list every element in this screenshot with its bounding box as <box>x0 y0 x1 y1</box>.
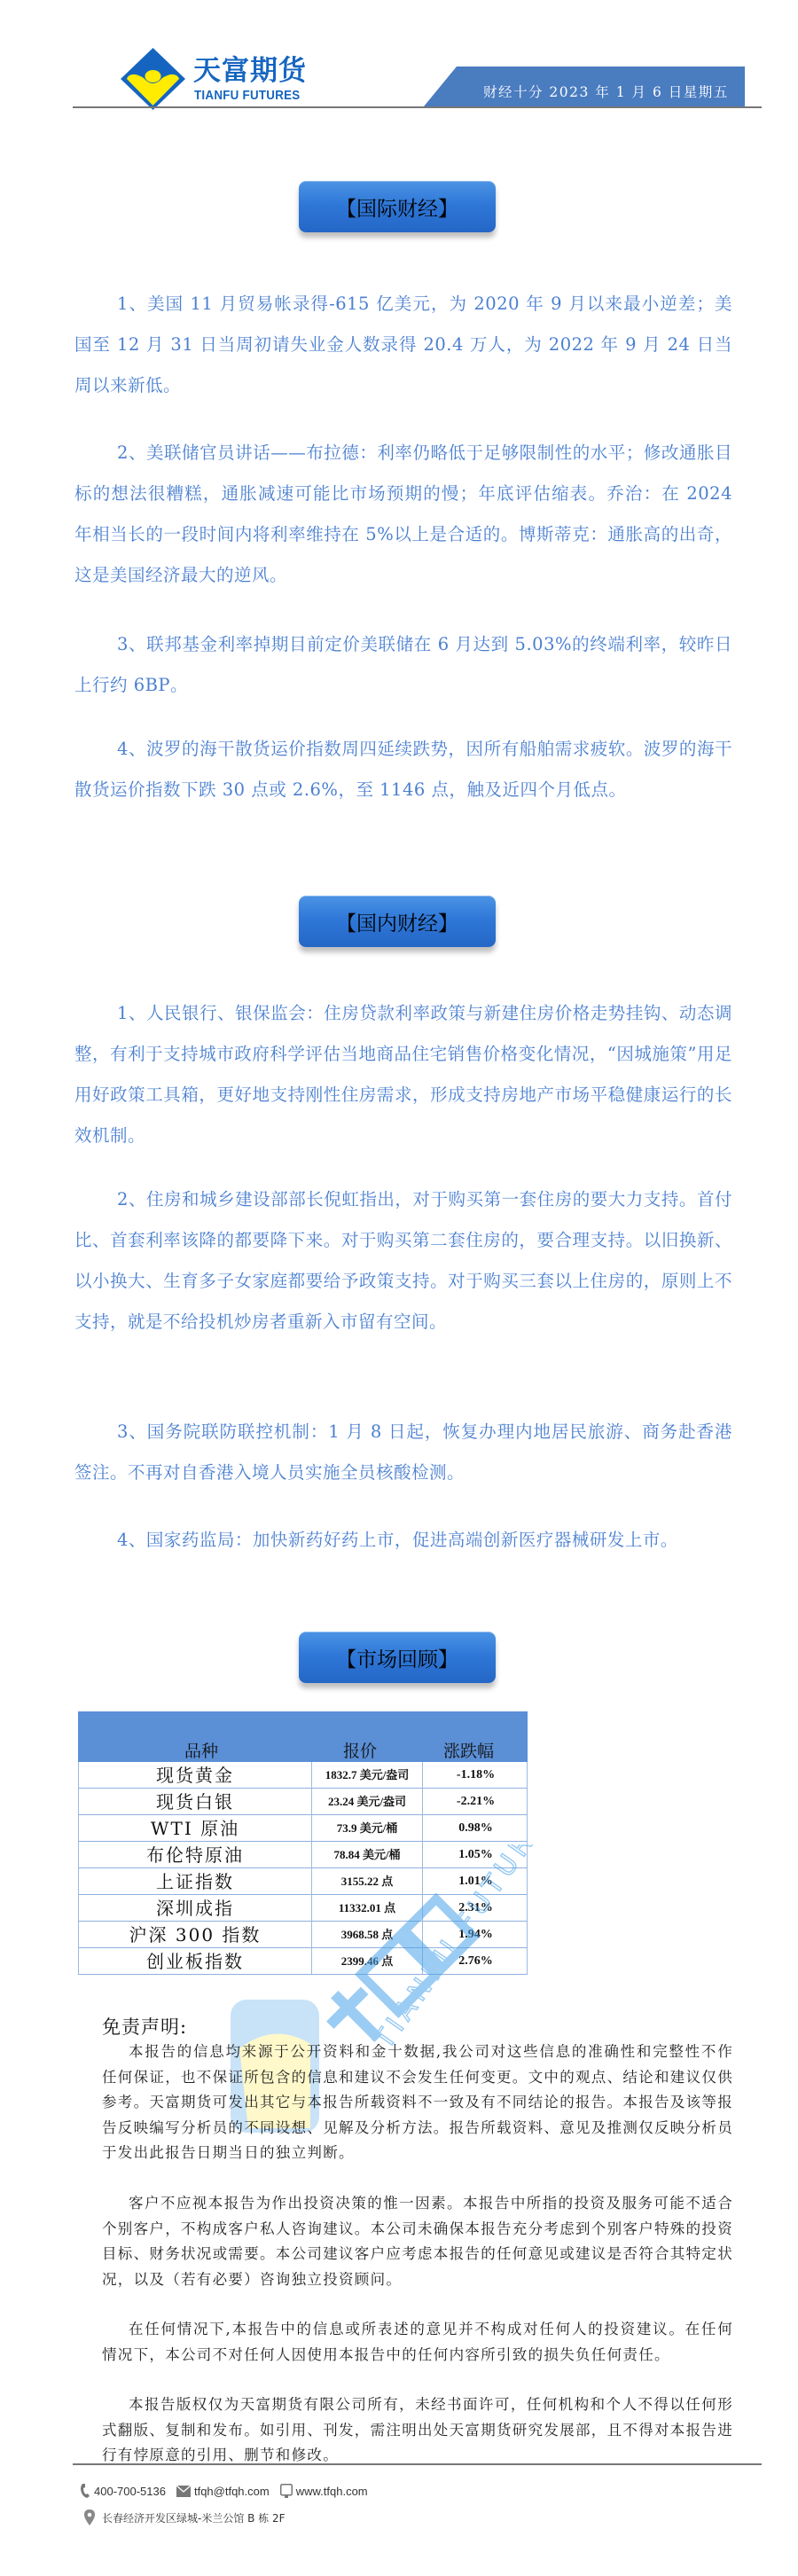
column-header-variety: 品种 <box>184 1738 218 1762</box>
change-cell: 0.98% <box>423 1815 528 1842</box>
disclaimer-title: 免责声明: <box>102 2013 187 2040</box>
price-cell: 1832.7 美元/盎司 <box>312 1762 423 1789</box>
section-title-international: 【国际财经】 <box>299 181 496 232</box>
change-cell: 2.31% <box>423 1895 528 1922</box>
table-row: 沪深 300 指数 3968.58 点 1.94% <box>78 1922 528 1948</box>
price-cell: 3968.58 点 <box>312 1922 423 1948</box>
phone-icon <box>80 2483 90 2499</box>
section-title-domestic: 【国内财经】 <box>299 896 496 947</box>
table-row: 创业板指数 2399.46 点 2.76% <box>78 1948 528 1975</box>
address-text: 长春经济开发区绿城-米兰公馆 B 栋 2F <box>102 2510 286 2525</box>
email-contact[interactable]: tfqh@tfqh.com <box>176 2485 270 2498</box>
change-cell: 1.05% <box>423 1842 528 1868</box>
email-link[interactable]: tfqh@tfqh.com <box>194 2485 270 2498</box>
address-info: 长春经济开发区绿城-米兰公馆 B 栋 2F <box>84 2509 286 2525</box>
brand-name-en: TIANFU FUTURES <box>194 89 300 103</box>
variety-cell: 上证指数 <box>79 1868 312 1895</box>
disclaimer-paragraph: 本报告的信息均来源于公开资料和金十数据,我公司对这些信息的准确性和完整性不作任何… <box>102 2040 733 2166</box>
section-title-market: 【市场回顾】 <box>299 1632 496 1683</box>
tianfu-logo-icon <box>120 47 186 111</box>
report-date: 财经十分 2023 年 1 月 6 日星期五 <box>483 82 729 101</box>
variety-cell: 现货黄金 <box>79 1762 312 1789</box>
contact-info: 400-700-5136 tfqh@tfqh.com www.tfqh.com <box>80 2483 379 2499</box>
disclaimer-paragraph: 本报告版权仅为天富期货有限公司所有，未经书面许可，任何机构和个人不得以任何形式翻… <box>102 2392 733 2469</box>
report-header: 天富期货 TIANFU FUTURES 财经十分 2023 年 1 月 6 日星… <box>0 0 798 111</box>
phone-number: 400-700-5136 <box>94 2485 166 2498</box>
table-header: 品种 报价 涨跌幅 <box>78 1711 528 1762</box>
brand-name-cn: 天富期货 <box>193 56 307 86</box>
intl-news-item: 2、美联储官员讲话——布拉德：利率仍略低于足够限制性的水平；修改通胀目标的想法很… <box>74 433 732 596</box>
domestic-news-item: 3、国务院联防联控机制：1 月 8 日起，恢复办理内地居民旅游、商务赴香港签注。… <box>74 1412 732 1493</box>
change-cell: -2.21% <box>423 1789 528 1815</box>
mail-icon <box>176 2486 191 2497</box>
location-pin-icon <box>84 2509 95 2525</box>
variety-cell: 创业板指数 <box>79 1948 312 1975</box>
variety-cell: 现货白银 <box>79 1789 312 1815</box>
domestic-news-item: 2、住房和城乡建设部部长倪虹指出，对于购买第一套住房的要大力支持。首付比、首套利… <box>74 1179 732 1343</box>
column-header-price: 报价 <box>343 1738 377 1762</box>
change-cell: 2.76% <box>423 1948 528 1975</box>
section-title-label: 【国际财经】 <box>336 192 458 222</box>
table-row: 布伦特原油 78.84 美元/桶 1.05% <box>78 1842 528 1868</box>
intl-news-item: 3、联邦基金利率掉期目前定价美联储在 6 月达到 5.03%的终端利率，较昨日上… <box>74 624 732 706</box>
change-cell: -1.18% <box>423 1762 528 1789</box>
table-row: 上证指数 3155.22 点 1.01% <box>78 1868 528 1895</box>
price-cell: 73.9 美元/桶 <box>312 1815 423 1842</box>
table-row: 深圳成指 11332.01 点 2.31% <box>78 1895 528 1922</box>
phone-contact: 400-700-5136 <box>80 2483 166 2499</box>
price-cell: 3155.22 点 <box>312 1868 423 1895</box>
variety-cell: 深圳成指 <box>79 1895 312 1922</box>
disclaimer-paragraph: 客户不应视本报告为作出投资决策的惟一因素。本报告中所指的投资及服务可能不适合个别… <box>102 2191 733 2292</box>
change-cell: 1.94% <box>423 1922 528 1948</box>
section-title-label: 【国内财经】 <box>336 907 458 936</box>
header-divider <box>73 106 762 108</box>
disclaimer-paragraph: 在任何情况下,本报告中的信息或所表述的意见并不构成对任何人的投资建议。在任何情况… <box>102 2317 733 2368</box>
table-row: WTI 原油 73.9 美元/桶 0.98% <box>78 1815 528 1842</box>
table-row: 现货黄金 1832.7 美元/盎司 -1.18% <box>78 1762 528 1789</box>
footer-divider <box>73 2463 762 2465</box>
change-cell: 1.01% <box>423 1868 528 1895</box>
intl-news-item: 4、波罗的海干散货运价指数周四延续跌势，因所有船舶需求疲软。波罗的海干散货运价指… <box>74 729 732 810</box>
section-title-label: 【市场回顾】 <box>336 1643 458 1672</box>
monitor-icon <box>280 2484 293 2499</box>
price-cell: 78.84 美元/桶 <box>312 1842 423 1868</box>
domestic-news-item: 4、国家药监局：加快新药好药上市，促进高端创新医疗器械研发上市。 <box>74 1520 732 1561</box>
website-link[interactable]: www.tfqh.com <box>296 2485 368 2498</box>
intl-news-item: 1、美国 11 月贸易帐录得-615 亿美元，为 2020 年 9 月以来最小逆… <box>74 284 732 406</box>
variety-cell: WTI 原油 <box>79 1815 312 1842</box>
website-contact[interactable]: www.tfqh.com <box>280 2484 368 2499</box>
variety-cell: 沪深 300 指数 <box>79 1922 312 1948</box>
price-cell: 23.24 美元/盎司 <box>312 1789 423 1815</box>
price-cell: 11332.01 点 <box>312 1895 423 1922</box>
price-cell: 2399.46 点 <box>312 1948 423 1975</box>
variety-cell: 布伦特原油 <box>79 1842 312 1868</box>
table-row: 现货白银 23.24 美元/盎司 -2.21% <box>78 1789 528 1815</box>
column-header-change: 涨跌幅 <box>443 1738 494 1762</box>
domestic-news-item: 1、人民银行、银保监会：住房贷款利率政策与新建住房价格走势挂钩、动态调整，有利于… <box>74 993 732 1156</box>
